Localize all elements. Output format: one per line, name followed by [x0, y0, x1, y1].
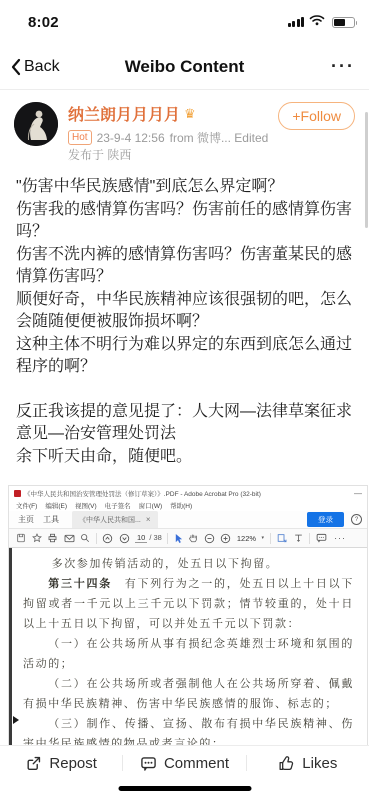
- page-current: 10: [135, 533, 147, 543]
- post-paragraph: 余下听天由命，随便吧。: [16, 446, 353, 469]
- username[interactable]: 纳兰朗月月月月: [68, 102, 180, 125]
- tab-document-label: 《中华人民共和国...: [79, 515, 141, 525]
- repost-button[interactable]: Repost: [0, 755, 122, 772]
- likes-label: Likes: [302, 755, 337, 772]
- zoom-level: 122%: [237, 534, 256, 543]
- page-number-field: 10 / 38: [135, 533, 162, 543]
- select-cursor-icon: [174, 533, 183, 544]
- post-paragraph: 伤害我的感情算伤害吗？伤害前任的感情算伤害吗？: [16, 199, 353, 244]
- menu-esign: 电子签名: [105, 501, 131, 510]
- avatar-image: [14, 102, 58, 146]
- avatar[interactable]: [14, 102, 58, 146]
- pdf-menubar: 文件(F) 编辑(E) 视图(V) 电子签名 窗口(W) 帮助(H): [9, 500, 367, 511]
- pdf-toolbar: 10 / 38 122% ▾ ···: [9, 528, 367, 548]
- menu-edit: 编辑(E): [45, 501, 67, 510]
- law-item-2: （二）在公共场所或者强制他人在公共场所穿着、佩戴有损中华民族精神、伤害中华民族感…: [23, 674, 354, 714]
- pdf-window-title: 《中华人民共和国治安管理处罚法（修订草案）》.PDF - Adobe Acrob…: [24, 489, 351, 498]
- attached-image-pdf-screenshot[interactable]: 《中华人民共和国治安管理处罚法（修订草案）》.PDF - Adobe Acrob…: [8, 485, 368, 775]
- pdf-window-titlebar: 《中华人民共和国治安管理处罚法（修订草案）》.PDF - Adobe Acrob…: [9, 486, 367, 500]
- nav-bar: Back Weibo Content ···: [0, 44, 369, 90]
- search-icon: [80, 533, 90, 543]
- chevron-down-icon: ▾: [262, 535, 265, 541]
- tab-tools: 工具: [43, 514, 59, 525]
- help-icon: ?: [351, 514, 362, 525]
- clock: 8:02: [28, 14, 59, 31]
- scrollbar[interactable]: [365, 112, 368, 228]
- close-tab-icon: ×: [146, 515, 151, 524]
- fit-page-icon: [276, 533, 287, 543]
- toolbar-more-icon: ···: [334, 533, 346, 543]
- tab-document: 《中华人民共和国... ×: [72, 511, 158, 528]
- comment-icon: [140, 755, 157, 772]
- status-bar: 8:02: [0, 0, 369, 44]
- comment-label: Comment: [164, 755, 229, 772]
- cellular-signal-icon: [288, 17, 305, 27]
- law-item-1: （一）在公共场所从事有损纪念英雄烈士环境和氛围的活动的；: [23, 634, 354, 674]
- tab-home: 主页: [18, 514, 34, 525]
- post-paragraph: "伤害中华民族感情"到底怎么界定啊？: [16, 176, 353, 199]
- zoom-out-icon: [204, 533, 215, 544]
- page-title: Weibo Content: [0, 57, 369, 77]
- law-line: 多次参加传销活动的，处五日以下拘留。: [23, 554, 354, 574]
- pane-toggle-arrow-icon: [13, 716, 23, 724]
- signin-button: 登录: [307, 512, 344, 527]
- repost-label: Repost: [49, 755, 97, 772]
- weibo-content-screen: 8:02 Back Weibo Content ···: [0, 0, 369, 800]
- likes-button[interactable]: Likes: [247, 755, 369, 772]
- menu-window: 窗口(W): [139, 501, 162, 510]
- pdf-tabbar: 主页 工具 《中华人民共和国... × 登录 ?: [9, 511, 367, 528]
- hot-badge: Hot: [68, 130, 92, 145]
- next-page-icon: [119, 533, 130, 544]
- acrobat-app-icon: [14, 490, 21, 497]
- crown-icon: ♛: [184, 106, 196, 122]
- menu-file: 文件(F): [16, 501, 37, 510]
- star-icon: [32, 533, 42, 543]
- law-article-number: 第三十四条: [48, 577, 112, 590]
- post-source[interactable]: from 微博... Edited: [170, 129, 269, 146]
- page-total: / 38: [149, 533, 162, 542]
- post-header: 纳兰朗月月月月 ♛ Hot 23-9-4 12:56 from 微博... Ed…: [0, 90, 369, 166]
- comment-button[interactable]: Comment: [123, 755, 245, 772]
- post-text: "伤害中华民族感情"到底怎么界定啊？ 伤害我的感情算伤害吗？伤害前任的感情算伤害…: [0, 166, 369, 472]
- battery-icon: [332, 17, 355, 28]
- post-paragraph: 伤害不洗内裤的感情算伤害吗？伤害董某民的感情算伤害吗？: [16, 244, 353, 289]
- law-article-34: 第三十四条 有下列行为之一的，处五日以上十日以下拘留或者一千元以上三千元以下罚款…: [23, 574, 354, 634]
- post-paragraph: 顺便好奇，中华民族精神应该很强韧的吧，怎么会随随便便被服饰损坏啊？: [16, 289, 353, 334]
- menu-help: 帮助(H): [170, 501, 192, 510]
- repost-icon: [25, 755, 42, 772]
- post-action-bar: Repost Comment Likes: [0, 745, 369, 780]
- fit-width-icon: [293, 533, 304, 543]
- prev-page-icon: [102, 533, 113, 544]
- post-timestamp: 23-9-4 12:56: [97, 131, 165, 145]
- comment-icon: [316, 533, 327, 543]
- mail-icon: [64, 534, 75, 543]
- post-paragraph: 反正我该提的意见提了：人大网—法律草案征求意见—治安管理处罚法: [16, 401, 353, 446]
- save-icon: [16, 533, 26, 543]
- home-indicator: [118, 786, 251, 791]
- minimize-icon: —: [354, 489, 362, 498]
- zoom-in-icon: [220, 533, 231, 544]
- print-icon: [47, 533, 58, 543]
- follow-button[interactable]: +Follow: [278, 102, 355, 130]
- post-paragraph: 这种主体不明行为难以界定的东西到底怎么通过程序的啊？: [16, 334, 353, 379]
- pdf-page-text: 多次参加传销活动的，处五日以下拘留。 第三十四条 有下列行为之一的，处五日以上十…: [9, 548, 367, 775]
- hand-tool-icon: [188, 533, 198, 543]
- thumbs-up-icon: [278, 755, 295, 772]
- wifi-icon: [309, 13, 325, 31]
- post-location: 发布于 陕西: [68, 148, 131, 162]
- menu-view: 视图(V): [75, 501, 97, 510]
